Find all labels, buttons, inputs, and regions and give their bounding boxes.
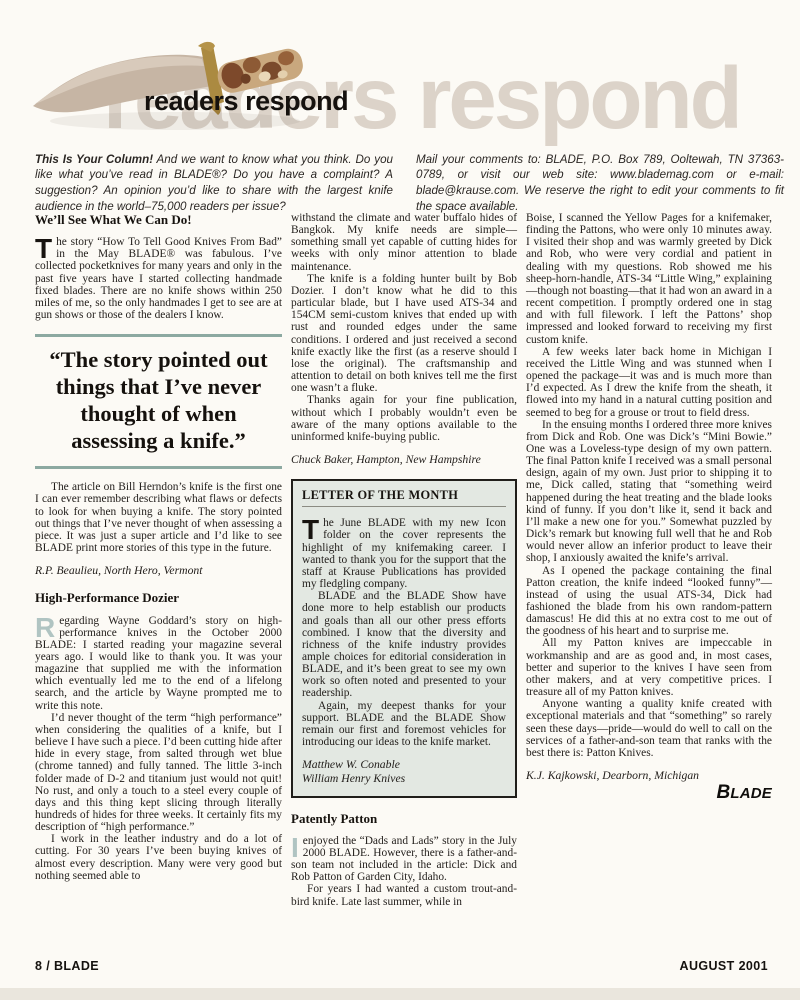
letter2-paragraph: Regarding Wayne Goddard’s story on high-… (35, 615, 282, 712)
drop-cap: T (302, 517, 323, 541)
column-left: We’ll See What We Can Do! The story “How… (35, 212, 282, 882)
letter1-signature: R.P. Beaulieu, North Hero, Vermont (35, 565, 282, 577)
lom-signature-name: Matthew W. Conable (302, 759, 506, 771)
footer-page-number: 8 / BLADE (35, 959, 99, 973)
letter3-p8: Anyone wanting a quality knife created w… (526, 698, 772, 759)
lom-p2: BLADE and the BLADE Show have done more … (302, 590, 506, 699)
letter3-heading: Patently Patton (291, 813, 517, 825)
letter3-p7: All my Patton knives are impeccable in w… (526, 637, 772, 698)
letter2-p6: Thanks again for your fine publication, … (291, 394, 517, 443)
intro-right: Mail your comments to: BLADE, P.O. Box 7… (416, 152, 784, 215)
page-bottom-edge (0, 988, 800, 1000)
letter2-signature: Chuck Baker, Hampton, New Hampshire (291, 454, 517, 466)
letter-of-the-month-heading: LETTER OF THE MONTH (302, 489, 506, 507)
blade-magazine-logo: BLADE (526, 787, 772, 800)
letter1-heading: We’ll See What We Can Do! (35, 214, 282, 226)
letter3-signature: K.J. Kajkowski, Dearborn, Michigan (526, 770, 772, 782)
bowie-knife-image (25, 18, 317, 140)
column-middle: withstand the climate and water buffalo … (291, 212, 517, 908)
lom-p3: Again, my deepest thanks for your suppor… (302, 700, 506, 749)
drop-cap: R (35, 615, 59, 639)
drop-cap: T (35, 236, 56, 260)
drop-cap: I (291, 835, 303, 859)
footer-issue-date: AUGUST 2001 (680, 959, 768, 973)
lom-p1: he June BLADE with my new Icon folder on… (302, 517, 506, 590)
lom-paragraph: The June BLADE with my new Icon folder o… (302, 517, 506, 590)
magazine-page: readers respond readers respond This Is … (0, 0, 800, 1000)
letter2-p1: egarding Wayne Goddard’s story on high-p… (35, 615, 282, 712)
page-title: readers respond (144, 88, 348, 115)
letter2-p5: The knife is a folding hunter built by B… (291, 273, 517, 395)
letter3-p3: Boise, I scanned the Yellow Pages for a … (526, 212, 772, 346)
letter2-p2: I’d never thought of the term “high perf… (35, 712, 282, 834)
letter-of-the-month-box: LETTER OF THE MONTH The June BLADE with … (291, 479, 517, 797)
letter1-paragraph: The story “How To Tell Good Knives From … (35, 236, 282, 321)
letter3-p5: In the ensuing months I ordered three mo… (526, 419, 772, 565)
intro-lead: This Is Your Column! (35, 153, 153, 166)
letter3-p2: For years I had wanted a custom trout-an… (291, 883, 517, 907)
pull-quote: “The story pointed out things that I’ve … (35, 334, 282, 469)
letter3-p1: enjoyed the “Dads and Lads” story in the… (291, 835, 517, 883)
column-right: Boise, I scanned the Yellow Pages for a … (526, 212, 772, 800)
intro-left: This Is Your Column! And we want to know… (35, 152, 393, 215)
letter1-p2: The article on Bill Herndon’s knife is t… (35, 481, 282, 554)
letter1-p1: he story “How To Tell Good Knives From B… (35, 236, 282, 321)
letter2-p3: I work in the leather industry and do a … (35, 833, 282, 882)
lom-signature-company: William Henry Knives (302, 773, 506, 785)
letter2-heading: High-Performance Dozier (35, 592, 282, 604)
letter3-p4: A few weeks later back home in Michigan … (526, 346, 772, 419)
letter3-p6: As I opened the package containing the f… (526, 565, 772, 638)
letter3-paragraph: Ienjoyed the “Dads and Lads” story in th… (291, 835, 517, 884)
letter2-p4: withstand the climate and water buffalo … (291, 212, 517, 273)
